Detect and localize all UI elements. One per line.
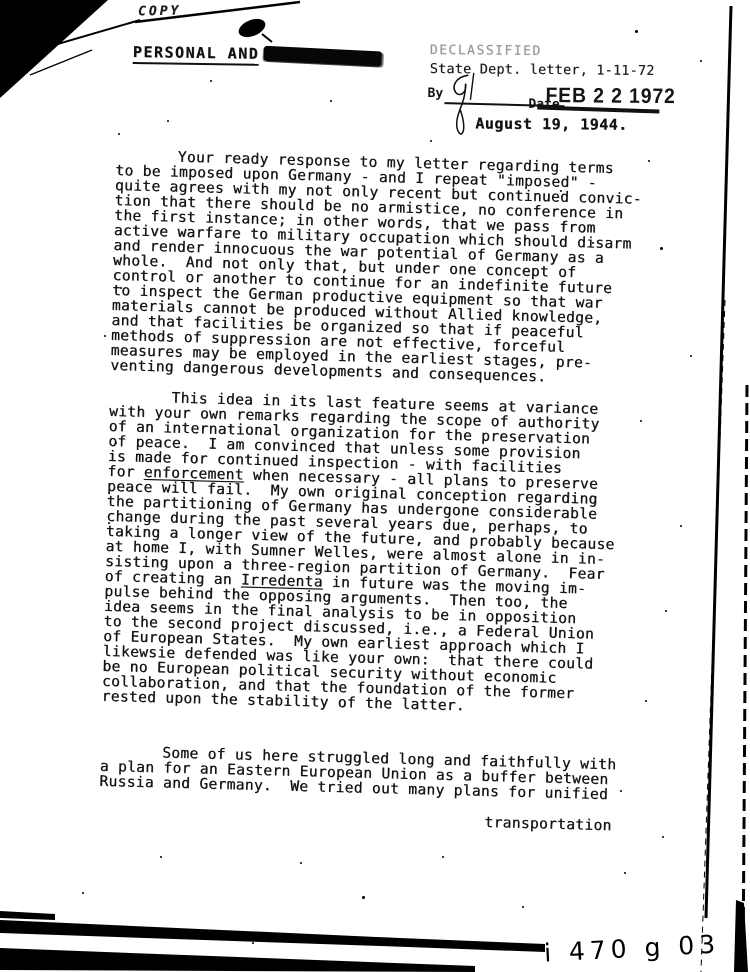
by-label: By (427, 86, 443, 101)
page-edge-far-right (743, 385, 747, 972)
classification-line: PERSONAL AND (133, 42, 383, 64)
scan-speckle (662, 836, 664, 838)
copy-label: COPY (138, 4, 182, 20)
scan-speckle (680, 525, 682, 527)
bottom-bar-1 (0, 920, 545, 952)
letter-date: August 19, 1944. (475, 114, 628, 133)
signature-icon (447, 72, 478, 138)
handwritten-note: i 470 g 03 (543, 929, 720, 967)
edge-mark-bottom-right (734, 900, 748, 972)
paragraph: This idea in its last feature seems at v… (101, 389, 669, 719)
scan-speckle (624, 872, 626, 874)
page-edge-right (706, 6, 731, 918)
scanned-letter-page: COPY PERSONAL AND DECLASSIFIED State Dep… (0, 0, 750, 972)
scan-speckle (700, 60, 702, 62)
scan-speckle (167, 120, 169, 122)
classification-label: PERSONAL AND (133, 43, 260, 66)
paragraph: Your ready response to my letter regardi… (110, 148, 676, 388)
scan-speckle (160, 856, 162, 858)
letter-body: Your ready response to my letter regardi… (98, 148, 675, 834)
scan-speckle (330, 100, 332, 102)
scan-speckle (665, 610, 667, 612)
scan-speckle (522, 906, 524, 908)
crease-line (20, 20, 140, 55)
redaction-bar (264, 46, 383, 67)
bottom-bar-2 (0, 948, 475, 972)
corner-fold (0, 0, 108, 98)
scan-speckle (300, 862, 302, 864)
scan-speckle (82, 892, 84, 894)
page-edge-right-thin (701, 300, 725, 972)
scan-speckle (104, 335, 106, 337)
crease-line (30, 50, 92, 75)
catchword: transportation (484, 815, 658, 835)
paragraph: Some of us here struggled long and faith… (99, 744, 660, 804)
scan-speckle (635, 30, 638, 33)
scan-speckle (362, 896, 365, 899)
scan-speckle (252, 942, 254, 944)
bottom-bar-small (0, 911, 55, 920)
declassified-label: DECLASSIFIED (430, 43, 542, 59)
scan-speckle (690, 355, 692, 357)
scan-speckle (210, 80, 212, 82)
declassification-stamp: DECLASSIFIED State Dept. letter, 1-11-72… (427, 40, 688, 152)
scan-speckle (118, 133, 120, 135)
ink-blob (236, 15, 272, 42)
scan-speckle (442, 856, 444, 858)
